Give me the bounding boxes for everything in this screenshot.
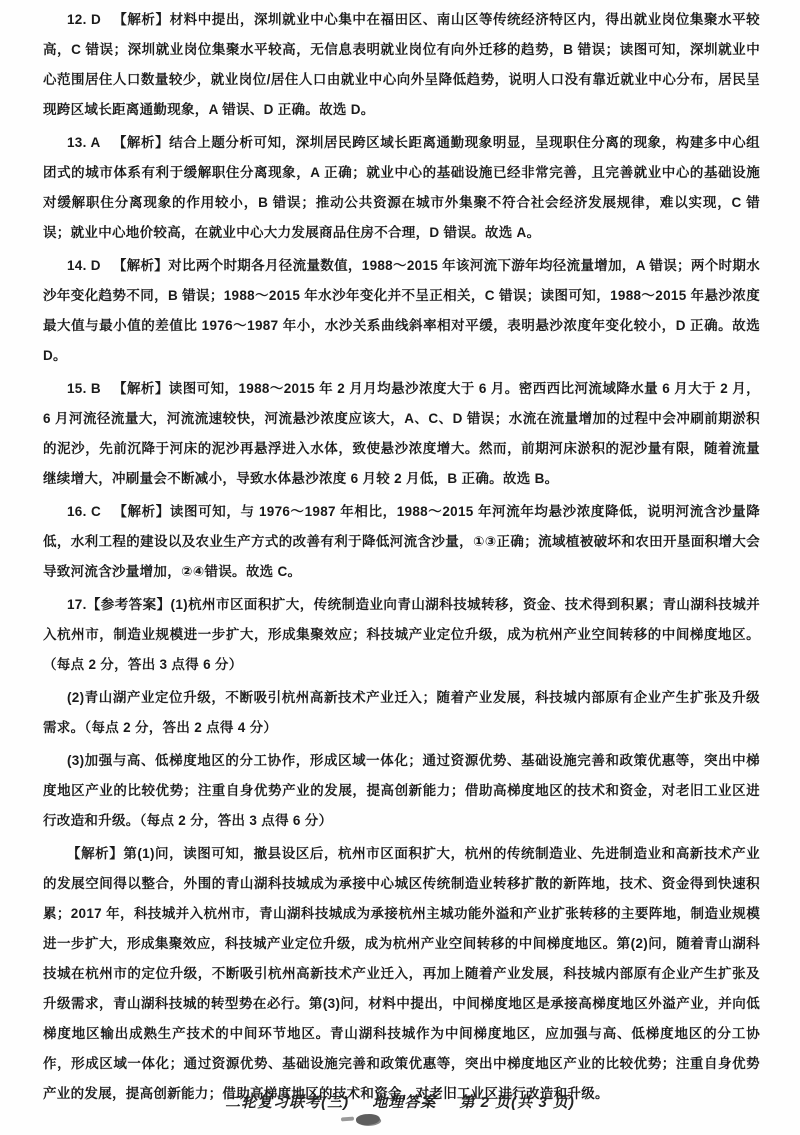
q14-number-and-answer: 14. D (67, 258, 101, 273)
q17-analysis-text: 第(1)问，读图可知，撤县设区后，杭州市区面积扩大，杭州的传统制造业、先进制造业… (43, 846, 760, 1101)
q16-number-and-answer: 16. C (67, 504, 101, 519)
q12-number-and-answer: 12. D (67, 12, 101, 27)
answer-paragraph-q15: 15. B【解析】读图可知，1988～2015 年 2 月月均悬沙浓度大于 6 … (43, 374, 760, 494)
ink-smudge-dash (341, 1117, 354, 1122)
answer-sheet-page: 12. D【解析】材料中提出，深圳就业中心集中在福田区、南山区等传统经济特区内，… (0, 0, 800, 1135)
q14-analysis-text: 对比两个时期各月径流量数值，1988～2015 年该河流下游年均径流量增加，A … (43, 258, 760, 363)
q15-analysis-text: 读图可知，1988～2015 年 2 月月均悬沙浓度大于 6 月。密西西比河流域… (43, 381, 760, 486)
answers-content: 12. D【解析】材料中提出，深圳就业中心集中在福田区、南山区等传统经济特区内，… (43, 5, 760, 1112)
q16-analysis-tag: 【解析】 (113, 504, 170, 519)
q15-analysis-tag: 【解析】 (113, 381, 169, 396)
q13-analysis-tag: 【解析】 (113, 135, 170, 150)
ink-smudge (341, 1114, 387, 1128)
answer-paragraph-q17-part3: (3)加强与高、低梯度地区的分工协作，形成区域一体化；通过资源优势、基础设施完善… (43, 746, 760, 836)
footer-exam-name: 二轮复习联考(三) (225, 1094, 349, 1111)
q17-analysis-tag: 【解析】 (67, 846, 123, 861)
answer-paragraph-q17-part2: (2)青山湖产业定位升级，不断吸引杭州高新技术产业迁入；随着产业发展，科技城内部… (43, 683, 760, 743)
ink-smudge-blob (356, 1113, 381, 1126)
answer-paragraph-q17-analysis: 【解析】第(1)问，读图可知，撤县设区后，杭州市区面积扩大，杭州的传统制造业、先… (43, 839, 760, 1109)
answer-paragraph-q16: 16. C【解析】读图可知，与 1976～1987 年相比，1988～2015 … (43, 497, 760, 587)
q12-analysis-text: 材料中提出，深圳就业中心集中在福田区、南山区等传统经济特区内，得出就业岗位集聚水… (43, 12, 760, 117)
answer-paragraph-q12: 12. D【解析】材料中提出，深圳就业中心集中在福田区、南山区等传统经济特区内，… (43, 5, 760, 125)
answer-paragraph-q13: 13. A【解析】结合上题分析可知，深圳居民跨区域长距离通勤现象明显，呈现职住分… (43, 128, 760, 248)
q13-number-and-answer: 13. A (67, 135, 101, 150)
q17-part2-text: (2)青山湖产业定位升级，不断吸引杭州高新技术产业迁入；随着产业发展，科技城内部… (43, 690, 760, 735)
page-footer: 二轮复习联考(三) 地理答案 第 2 页(共 3 页) (0, 1091, 800, 1112)
q17-reference-answer-tag: 【参考答案】 (87, 597, 171, 612)
q15-number-and-answer: 15. B (67, 381, 101, 396)
answer-paragraph-q14: 14. D【解析】对比两个时期各月径流量数值，1988～2015 年该河流下游年… (43, 251, 760, 371)
answer-paragraph-q17-part1: 17.【参考答案】(1)杭州市区面积扩大，传统制造业向青山湖科技城转移，资金、技… (43, 590, 760, 680)
q17-number: 17. (67, 597, 87, 612)
footer-page-number: 第 2 页(共 3 页) (460, 1094, 575, 1111)
q13-analysis-text: 结合上题分析可知，深圳居民跨区域长距离通勤现象明显，呈现职住分离的现象，构建多中… (43, 135, 760, 240)
footer-subject: 地理答案 (372, 1094, 436, 1111)
q12-analysis-tag: 【解析】 (113, 12, 170, 27)
q14-analysis-tag: 【解析】 (113, 258, 168, 273)
q17-part3-text: (3)加强与高、低梯度地区的分工协作，形成区域一体化；通过资源优势、基础设施完善… (43, 753, 760, 828)
